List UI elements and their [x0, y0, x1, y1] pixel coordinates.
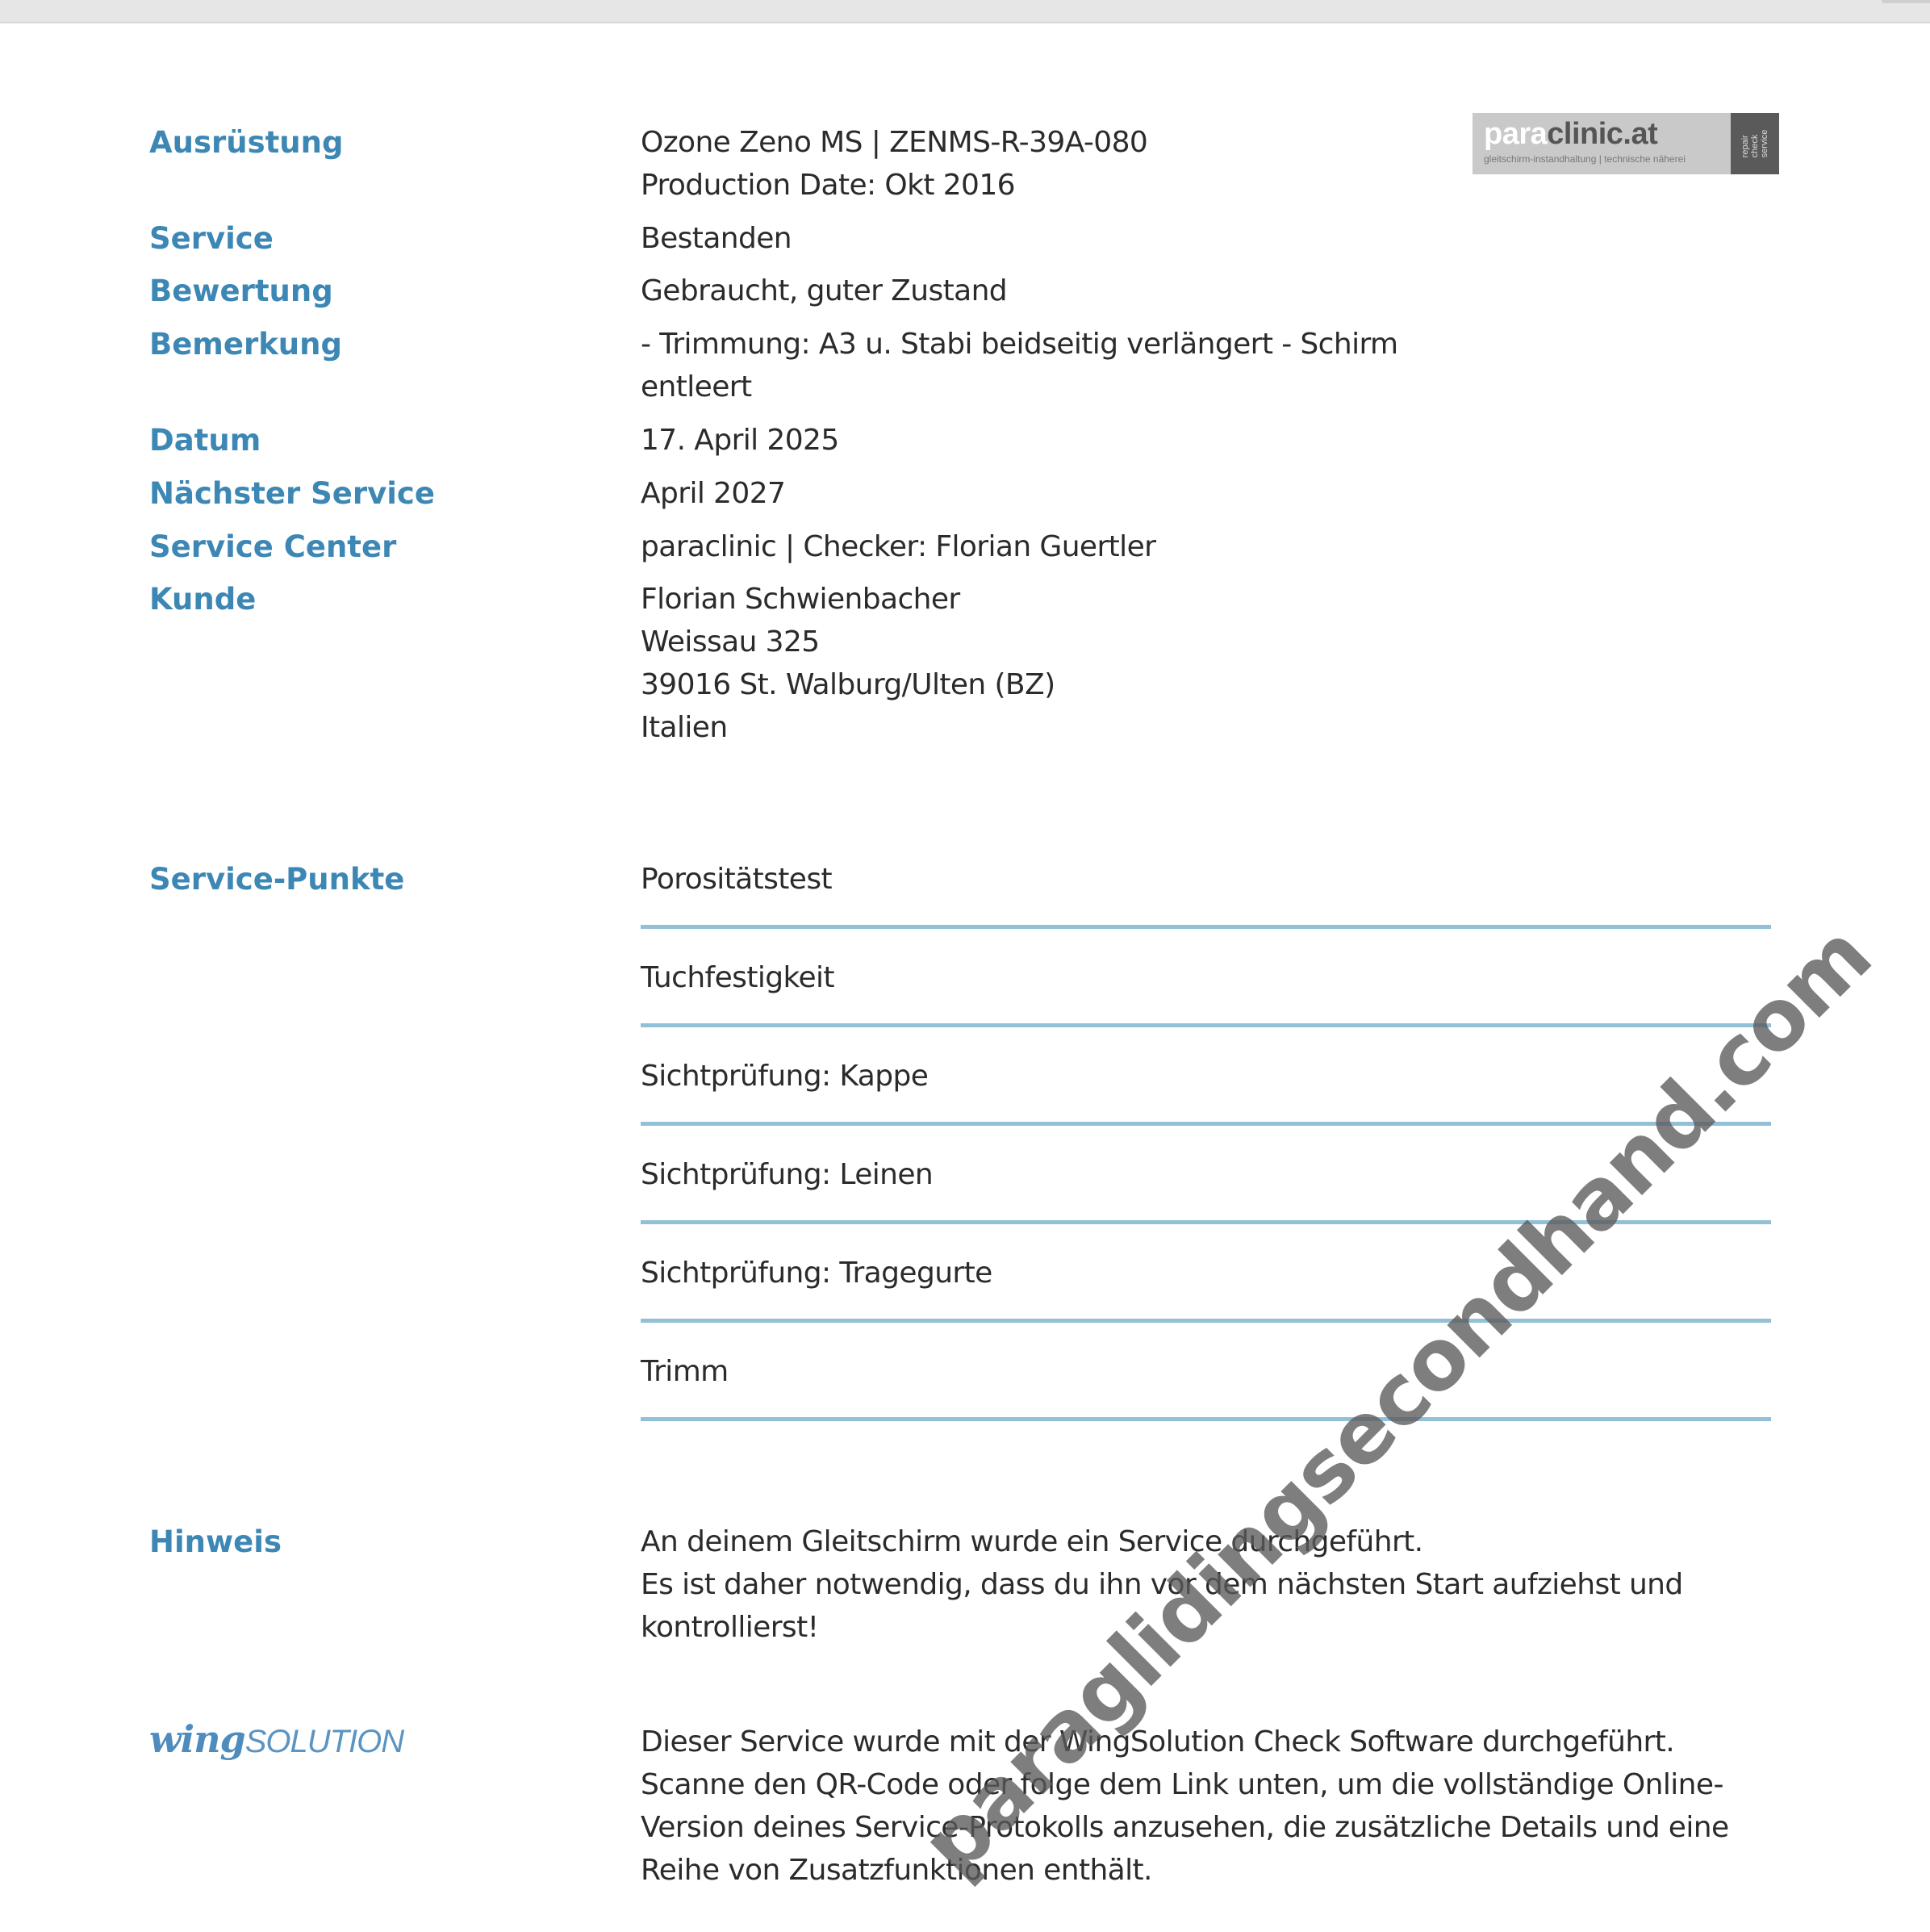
brand-light: para — [1484, 117, 1547, 151]
service-point-item: Sichtprüfung: Leinen — [641, 1153, 1771, 1196]
remark-line: entleert — [641, 366, 1398, 408]
service-point-divider — [641, 925, 1771, 929]
paraclinic-logo: paraclinic.at gleitschirm-instandhaltung… — [1473, 113, 1779, 174]
wingsolution-info-line: Dieser Service wurde mit der WingSolutio… — [641, 1721, 1729, 1763]
notice-line: An deinem Gleitschirm wurde ein Service … — [641, 1520, 1683, 1563]
side-badge-text: repair check service — [1740, 130, 1769, 158]
notice-text: An deinem Gleitschirm wurde ein Service … — [641, 1520, 1683, 1649]
browser-top-bar — [0, 0, 1930, 23]
remark-value: - Trimmung: A3 u. Stabi beidseitig verlä… — [641, 323, 1398, 408]
paraclinic-logo-main: paraclinic.at gleitschirm-instandhaltung… — [1473, 113, 1731, 174]
next-service-label: Nächster Service — [149, 472, 435, 515]
notice-label: Hinweis — [149, 1520, 282, 1563]
side-line-service: service — [1760, 130, 1769, 158]
paraclinic-tagline: gleitschirm-instandhaltung | technische … — [1484, 153, 1686, 165]
date-value: 17. April 2025 — [641, 419, 839, 462]
notice-line: Es ist daher notwendig, dass du ihn vor … — [641, 1563, 1683, 1606]
service-center-label: Service Center — [149, 525, 396, 568]
brand-dark: clinic.at — [1547, 117, 1657, 151]
notice-line: kontrollierst! — [641, 1606, 1683, 1649]
side-line-repair: repair — [1740, 130, 1750, 158]
side-line-check: check — [1750, 130, 1760, 158]
service-points-label: Service-Punkte — [149, 858, 404, 901]
service-point-divider — [641, 1319, 1771, 1323]
service-point-item: Tuchfestigkeit — [641, 956, 1771, 999]
customer-value: Florian Schwienbacher Weissau 325 39016 … — [641, 578, 1055, 749]
service-point-item: Sichtprüfung: Tragegurte — [641, 1252, 1771, 1294]
paraclinic-brand: paraclinic.at — [1484, 116, 1657, 152]
wingsolution-solution: SOLUTION — [245, 1724, 403, 1759]
service-center-value: paraclinic | Checker: Florian Guertler — [641, 525, 1155, 568]
service-point-item: Sichtprüfung: Kappe — [641, 1055, 1771, 1098]
window-corner — [1882, 0, 1930, 3]
customer-label: Kunde — [149, 578, 256, 621]
service-point-item: Porositätstest — [641, 858, 1771, 901]
wingsolution-info-line: Version deines Service-Protokolls anzuse… — [641, 1806, 1729, 1849]
paraclinic-side-badge: repair check service — [1731, 113, 1779, 174]
wingsolution-info: Dieser Service wurde mit der WingSolutio… — [641, 1721, 1729, 1892]
wingsolution-logo: wingSOLUTION — [149, 1717, 403, 1766]
next-service-value: April 2027 — [641, 472, 785, 515]
equipment-model: Ozone Zeno MS | ZENMS-R-39A-080 — [641, 121, 1147, 164]
customer-name: Florian Schwienbacher — [641, 578, 1055, 621]
service-value: Bestanden — [641, 217, 792, 260]
wingsolution-info-line: Reihe von Zusatzfunktionen enthält. — [641, 1849, 1729, 1892]
production-date: Production Date: Okt 2016 — [641, 164, 1147, 207]
rating-value: Gebraucht, guter Zustand — [641, 270, 1007, 312]
remark-line: - Trimmung: A3 u. Stabi beidseitig verlä… — [641, 323, 1398, 366]
customer-city: 39016 St. Walburg/Ulten (BZ) — [641, 663, 1055, 706]
date-label: Datum — [149, 419, 261, 462]
equipment-value: Ozone Zeno MS | ZENMS-R-39A-080 Producti… — [641, 121, 1147, 207]
service-point-divider — [641, 1122, 1771, 1126]
remark-label: Bemerkung — [149, 323, 342, 366]
service-point-divider — [641, 1220, 1771, 1224]
service-point-divider — [641, 1023, 1771, 1027]
customer-country: Italien — [641, 706, 1055, 749]
customer-street: Weissau 325 — [641, 621, 1055, 663]
equipment-label: Ausrüstung — [149, 121, 343, 164]
service-point-item: Trimm — [641, 1350, 1771, 1393]
rating-label: Bewertung — [149, 270, 333, 312]
service-point-divider — [641, 1417, 1771, 1421]
service-label: Service — [149, 217, 274, 260]
wingsolution-wing: wing — [149, 1717, 245, 1761]
wingsolution-info-line: Scanne den QR-Code oder folge dem Link u… — [641, 1763, 1729, 1806]
